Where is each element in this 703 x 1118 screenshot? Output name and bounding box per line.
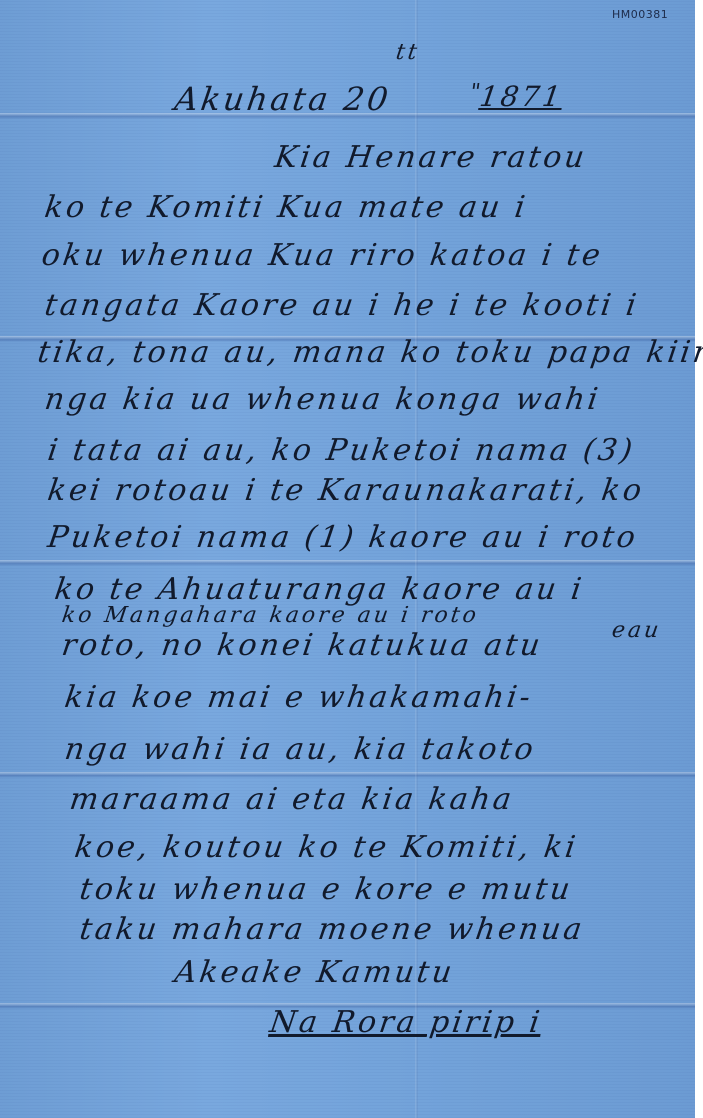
salutation: Kia Henare ratou	[273, 140, 590, 175]
body-line: i tata ai au, ko Puketoi nama (3)	[46, 433, 638, 468]
header-mark: tt	[394, 40, 421, 65]
body-line: oku whenua Kua riro katoa i te	[40, 238, 606, 273]
archive-id: HM00381	[612, 8, 668, 21]
body-line: toku whenua e kore e mutu	[78, 872, 575, 907]
body-line: ko te Ahuaturanga kaore au i	[53, 572, 587, 607]
body-line: nga wahi ia au, kia takoto	[63, 732, 539, 767]
body-line: tika, tona au, mana ko toku papa kiiru-	[36, 335, 703, 370]
body-line: taku mahara moenе whenua	[78, 912, 587, 947]
closing: Akeake Kamutu	[173, 955, 457, 990]
body-line: ko te Komiti Kua mate au i	[43, 190, 530, 225]
insertion: eau	[610, 618, 663, 643]
letter-date: Akuhata 20	[172, 80, 393, 118]
fold-line	[0, 772, 695, 778]
body-line: kia koe mai e whakamahi-	[63, 680, 536, 715]
body-line: tangata Kaore au i he i te kooti i	[43, 288, 642, 323]
fold-line	[0, 560, 695, 566]
body-line: kei rotoau i te Karaunakarati, ko	[46, 473, 647, 508]
letter-year: 1871	[478, 80, 566, 113]
signature: Na Rora pirip i	[268, 1005, 545, 1040]
body-line: roto, no konei katukua atu	[60, 628, 546, 663]
body-line: Puketoi nama (1) kaore au i roto	[46, 520, 641, 555]
body-line-inserted: ko Mangahara kaore au i roto	[60, 603, 480, 628]
body-line: koe, koutou ko te Komiti, ki	[73, 830, 581, 865]
letter-page: HM00381 tt Akuhata 20 " 1871 Kia Henare …	[0, 0, 695, 1118]
body-line: maraama ai eta kia kaha	[68, 782, 517, 817]
body-line: nga kia ua whenua konga wahi	[43, 382, 603, 417]
